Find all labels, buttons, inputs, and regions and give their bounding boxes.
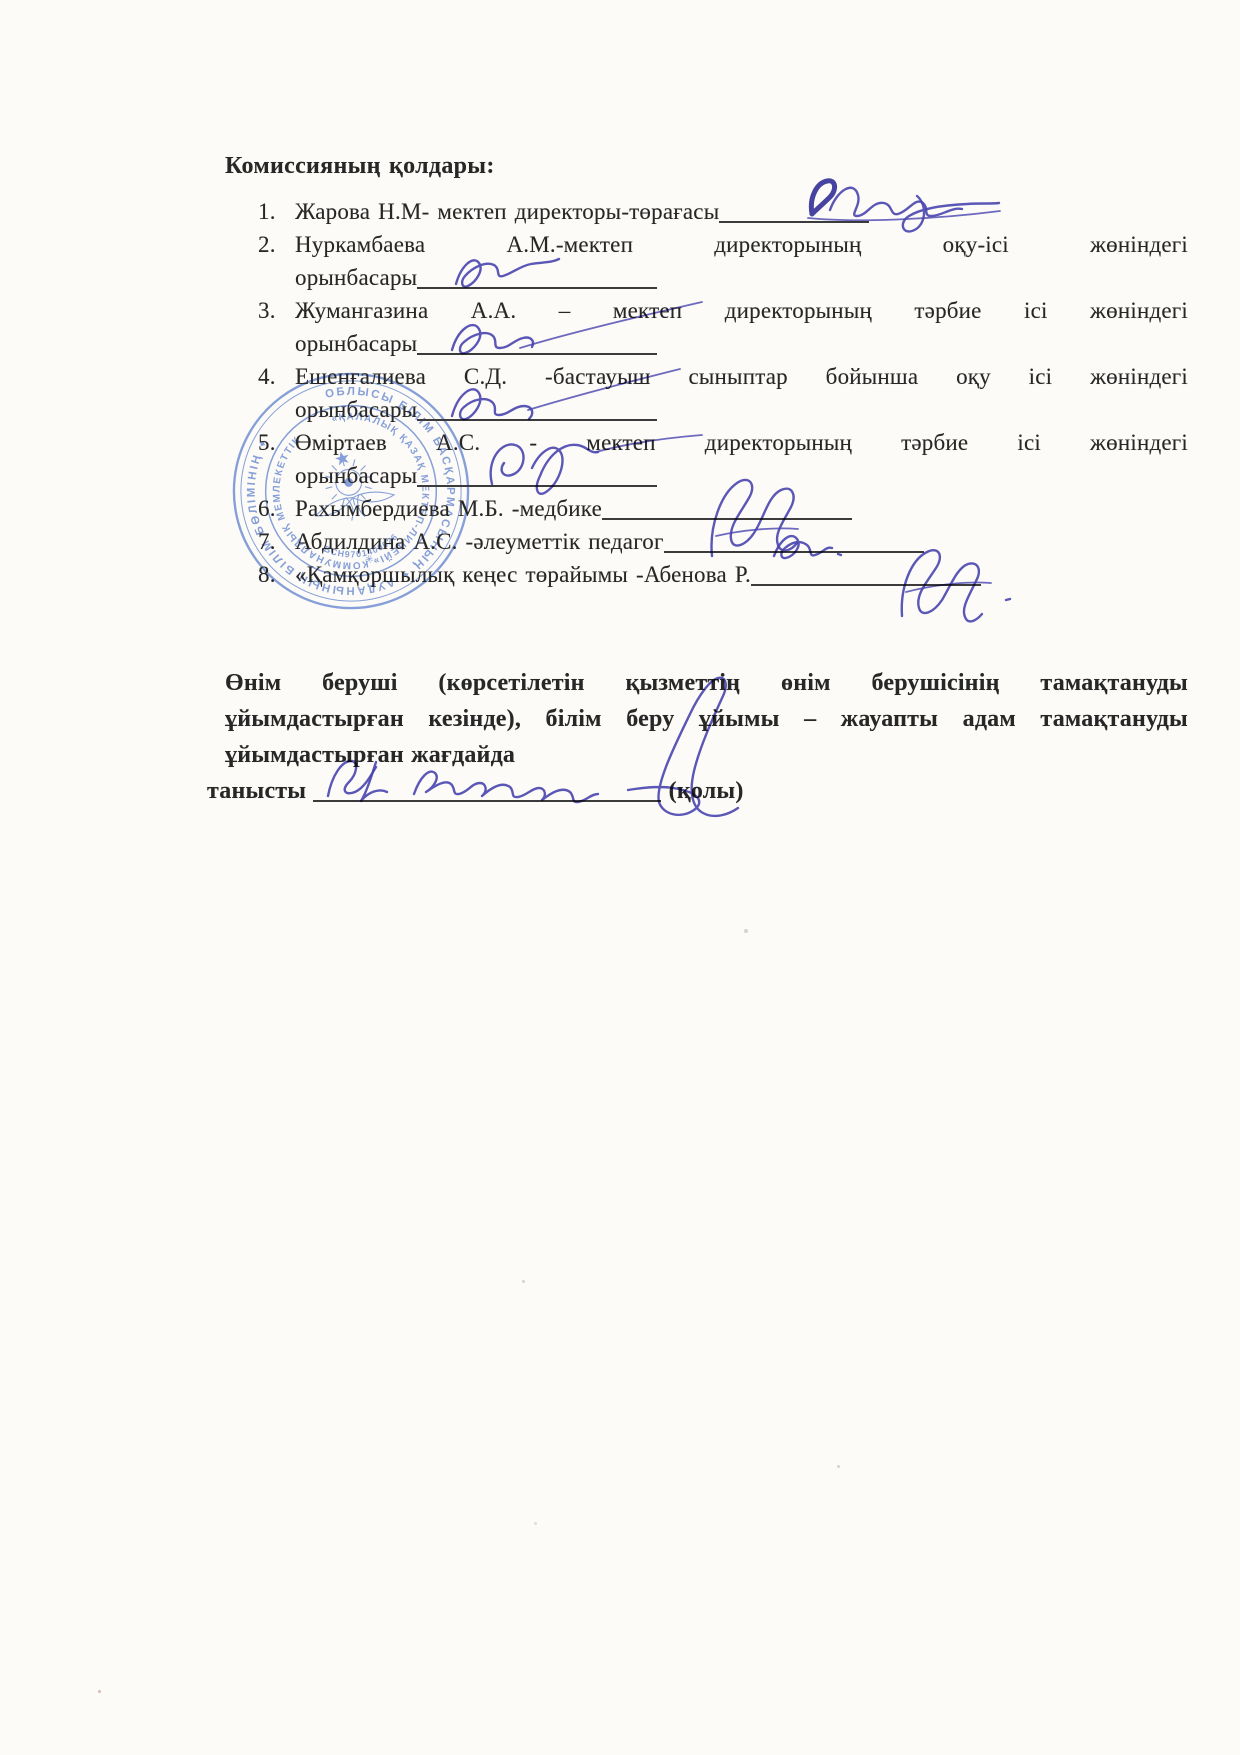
list-item-7: 7. Абдилдина А.С. -әлеуметтік педагог (225, 525, 1188, 558)
scan-speck (534, 1522, 537, 1525)
acquaint-underline (313, 786, 661, 802)
signature-underline (664, 537, 924, 553)
list-item-5: 5. Өміртаев А.С. - мектеп директорының т… (225, 426, 1188, 492)
item-line: Жарова Н.М- мектеп директоры-төрағасы (295, 195, 1188, 228)
list-item-2: 2. Нуркамбаева А.М.-мектеп директорының … (225, 228, 1188, 294)
signature-underline (417, 339, 657, 355)
scan-speck (98, 1690, 101, 1693)
list-item-6: 6. Рахымбердиева М.Б. -медбике (225, 492, 1188, 525)
list-item-8: 8. «Қамқоршылық кеңес төрайымы -Абенова … (225, 558, 1188, 591)
signature-underline (751, 570, 981, 586)
signature-caption: (қолы) (669, 778, 744, 804)
scan-speck (837, 1465, 840, 1468)
signature-underline (719, 207, 869, 223)
item-number: 6. (225, 492, 295, 525)
item-line: Өміртаев А.С. - мектеп директорының тәрб… (295, 426, 1188, 459)
scan-speck (744, 929, 748, 933)
paragraph-line-3: ұйымдастырған жағдайда (225, 737, 1188, 773)
item-line: орынбасары (295, 261, 1188, 294)
item-number: 2. (225, 228, 295, 261)
item-number: 7. (225, 525, 295, 558)
item-line: орынбасары (295, 327, 1188, 360)
item-number: 5. (225, 426, 295, 459)
commission-heading: Комиссияның қолдары: (225, 150, 1188, 183)
item-line: «Қамқоршылық кеңес төрайымы -Абенова Р. (295, 558, 1188, 591)
item-line: Рахымбердиева М.Б. -медбике (295, 492, 1188, 525)
acquaint-line: танысты (қолы) (207, 773, 1188, 809)
signature-underline (417, 405, 657, 421)
item-line: орынбасары (295, 459, 1188, 492)
item-line: Абдилдина А.С. -әлеуметтік педагог (295, 525, 1188, 558)
acquaint-label: танысты (207, 778, 306, 804)
item-number: 8. (225, 558, 295, 591)
item-line: орынбасары (295, 393, 1188, 426)
paper-sheet: ОБЛЫСЫ БІЛІМ БАСҚАРМАСЫНЫҢ ✦ АУДАНЫНЫҢ Б… (0, 0, 1240, 1755)
commission-list: 1. Жарова Н.М- мектеп директоры-төрағасы… (225, 195, 1188, 591)
item-number: 1. (225, 195, 295, 228)
item-number: 4. (225, 360, 295, 393)
list-item-3: 3. Жумангазина А.А. – мектеп директорыны… (225, 294, 1188, 360)
scanned-document-page: { "document": { "heading": "Комиссияның … (0, 0, 1240, 1755)
document-text: Комиссияның қолдары: 1. Жарова Н.М- мект… (225, 150, 1188, 809)
supplier-paragraph: Өнім беруші (көрсетілетін қызметтің өнім… (225, 665, 1188, 809)
list-item-1: 1. Жарова Н.М- мектеп директоры-төрағасы (225, 195, 1188, 228)
item-number: 3. (225, 294, 295, 327)
signature-underline (417, 471, 657, 487)
list-item-4: 4. Ешенғалиева С.Д. -бастауыш сыныптар б… (225, 360, 1188, 426)
paragraph-line-2: ұйымдастырған кезінде), білім беру ұйымы… (225, 701, 1188, 737)
scan-speck (522, 1280, 525, 1283)
signature-underline (417, 273, 657, 289)
signature-underline (602, 504, 852, 520)
item-line: Нуркамбаева А.М.-мектеп директорының оқу… (295, 228, 1188, 261)
item-line: Жумангазина А.А. – мектеп директорының т… (295, 294, 1188, 327)
paragraph-line-1: Өнім беруші (көрсетілетін қызметтің өнім… (225, 665, 1188, 701)
item-line: Ешенғалиева С.Д. -бастауыш сыныптар бойы… (295, 360, 1188, 393)
